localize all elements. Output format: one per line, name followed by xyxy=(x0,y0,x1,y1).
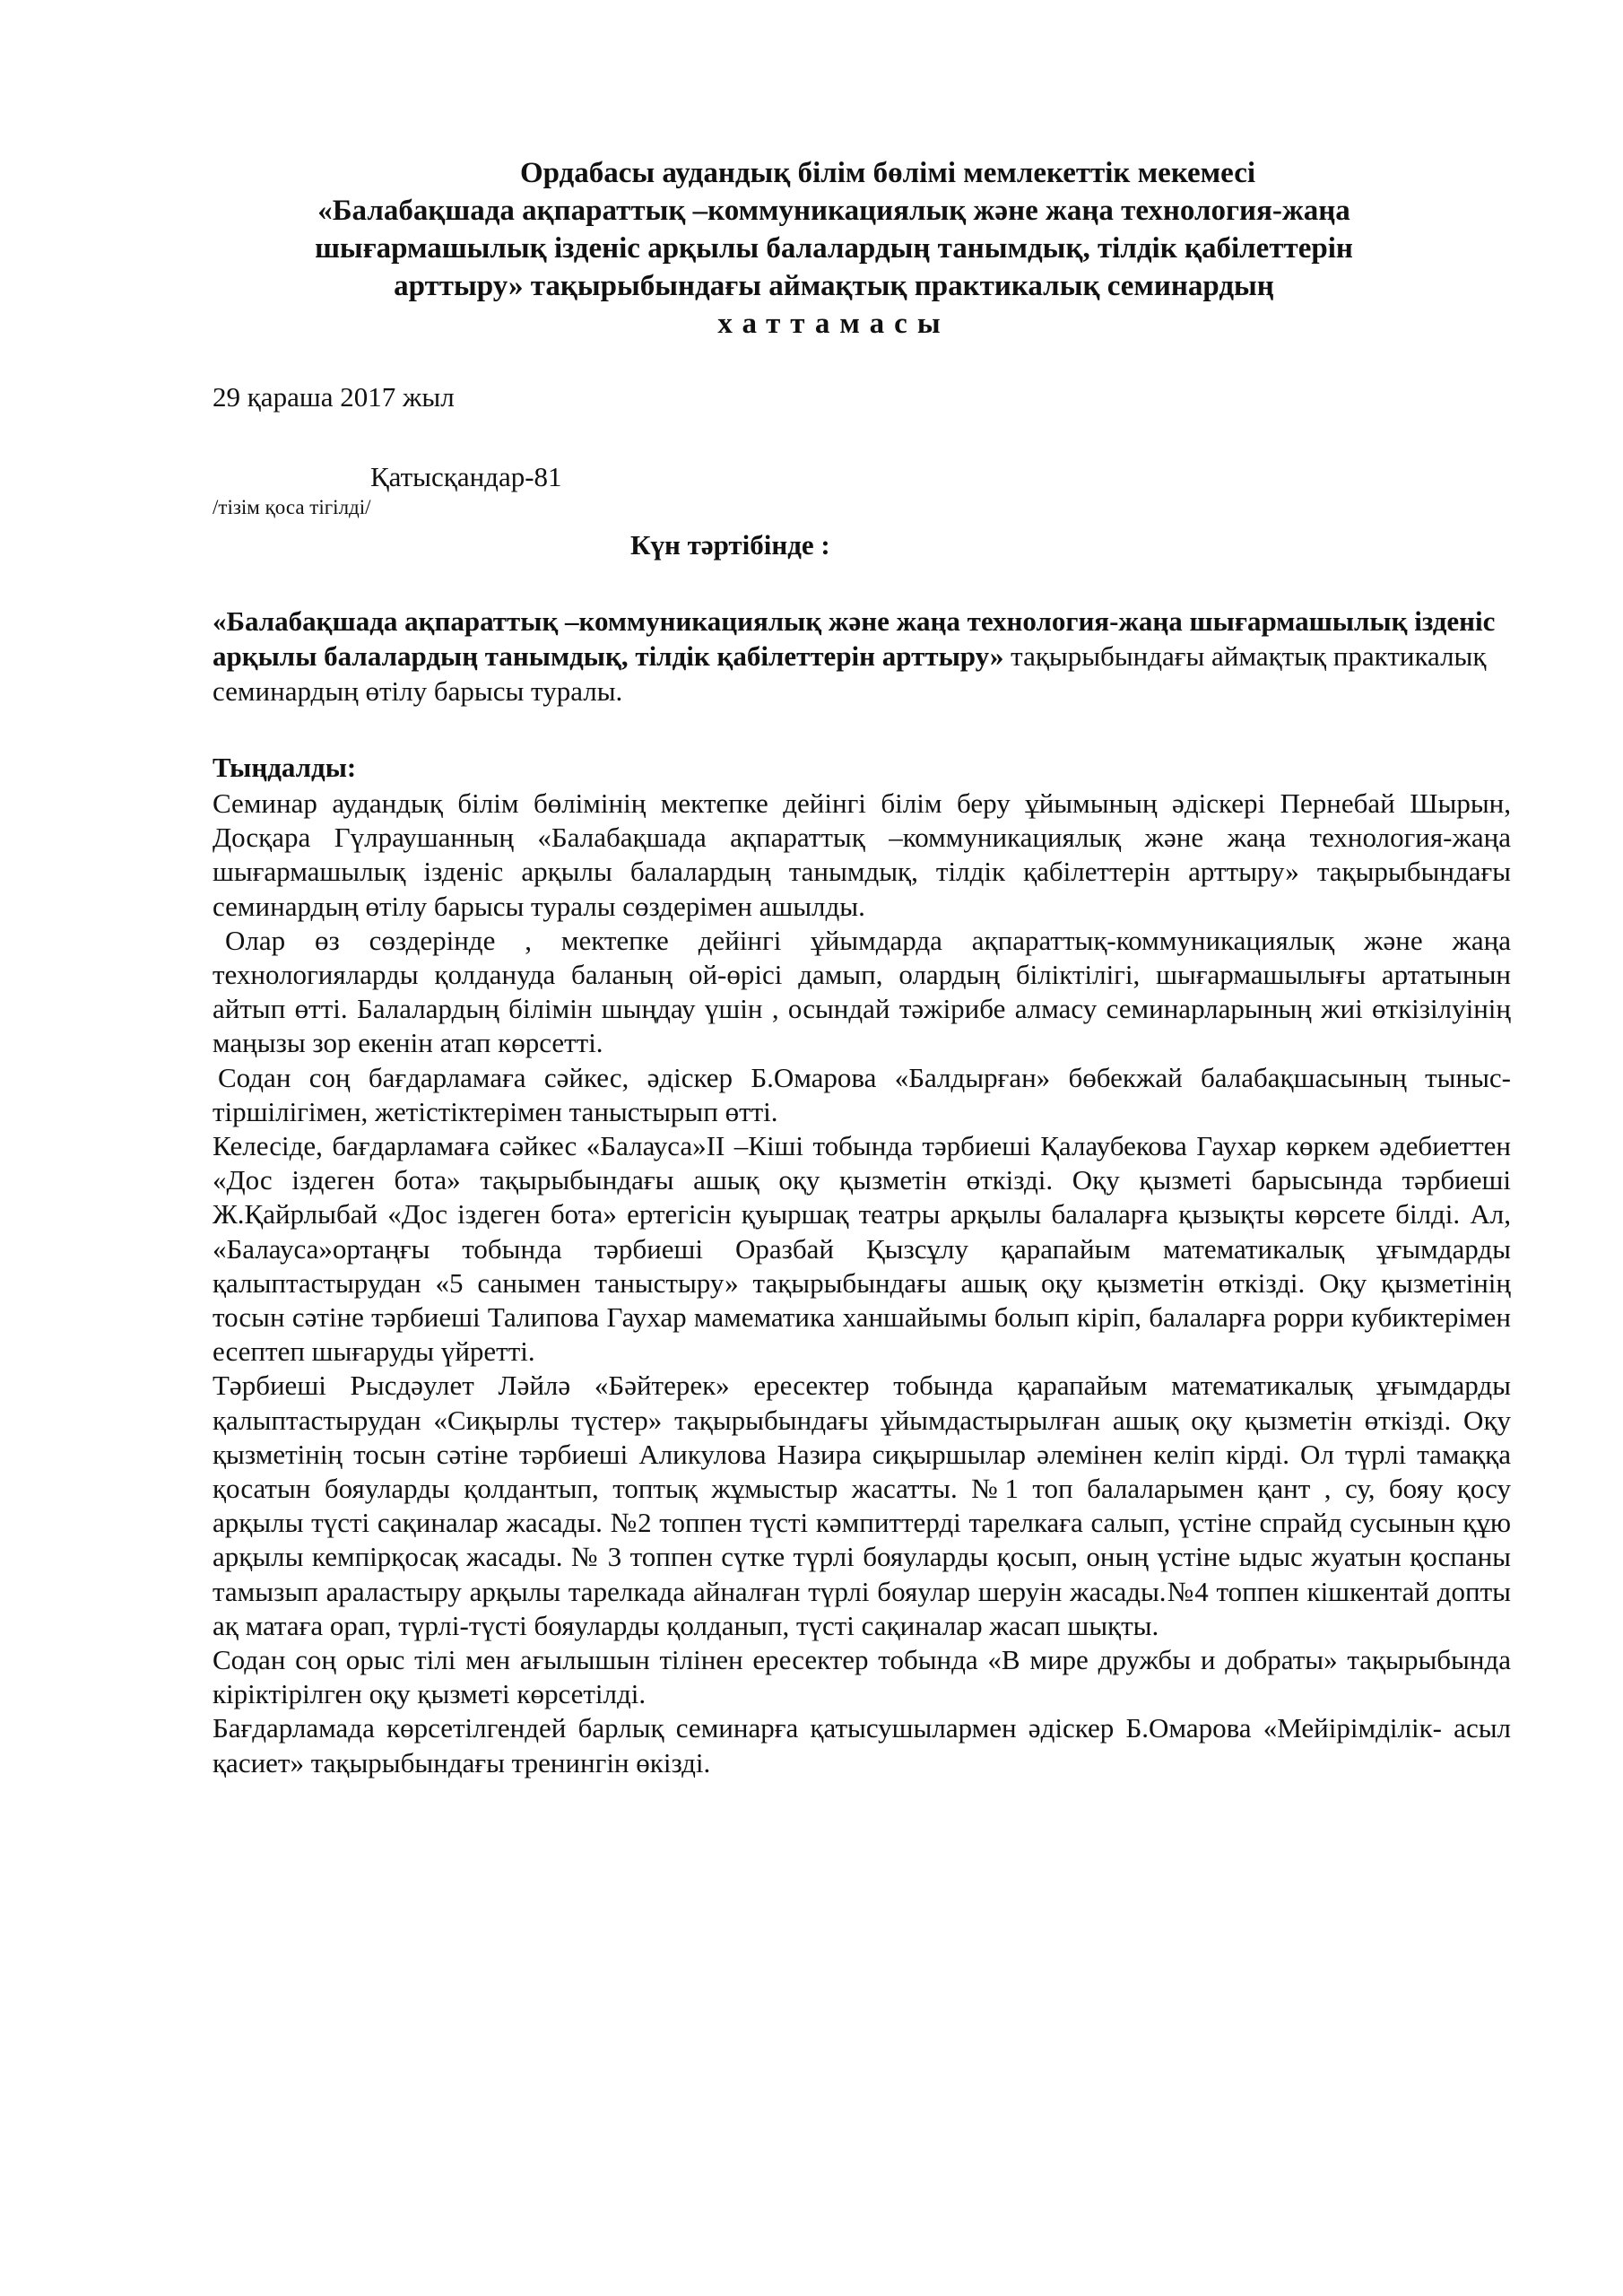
header-topic-line-3: арттыру» тақырыбындағы аймақтық практика… xyxy=(242,267,1426,305)
header-topic-line-1: «Балабақшада ақпараттық –коммуникациялық… xyxy=(242,192,1426,230)
minutes-body: Семинар аудандық білім бөлімінің мектепк… xyxy=(213,787,1511,1780)
attendance-list-note: /тізім қоса тігілді/ xyxy=(213,496,371,519)
document-header: Ордабасы аудандық білім бөлімі мемлекетт… xyxy=(242,154,1426,343)
paragraph-speech: Олар өз сөздерінде , мектепке дейінгі ұй… xyxy=(213,924,1511,1061)
header-topic-line-2: шығармашылық ізденіс арқылы балалардың т… xyxy=(242,230,1426,267)
paragraph-training: Бағдарламада көрсетілгендей барлық семин… xyxy=(213,1711,1511,1779)
heard-heading: Тыңдалды: xyxy=(213,752,356,784)
agenda-topic: «Балабақшада ақпараттық –коммуникациялық… xyxy=(213,604,1513,709)
header-organization: Ордабасы аудандық білім бөлімі мемлекетт… xyxy=(242,154,1426,192)
paragraph-language-lesson: Содан соң орыс тілі мен ағылышын тілінен… xyxy=(213,1643,1511,1711)
paragraph-magic-colors: Тәрбиеші Рысдәулет Ләйлә «Бәйтерек» ерес… xyxy=(213,1369,1511,1643)
agenda-heading: Күн тәртібінде : xyxy=(630,529,830,561)
meeting-date: 29 қараша 2017 жыл xyxy=(213,381,455,413)
document-title: хаттамасы xyxy=(242,305,1426,343)
paragraph-kindergarten-intro: Содан соң бағдарламаға сәйкес, әдіскер Б… xyxy=(213,1061,1511,1129)
paragraph-opening: Семинар аудандық білім бөлімінің мектепк… xyxy=(213,787,1511,924)
paragraph-open-lessons: Келесіде, бағдарламаға сәйкес «Балауса»І… xyxy=(213,1129,1511,1369)
participants-count: Қатысқандар-81 xyxy=(370,461,562,493)
document-page: Ордабасы аудандық білім бөлімі мемлекетт… xyxy=(0,0,1623,2296)
